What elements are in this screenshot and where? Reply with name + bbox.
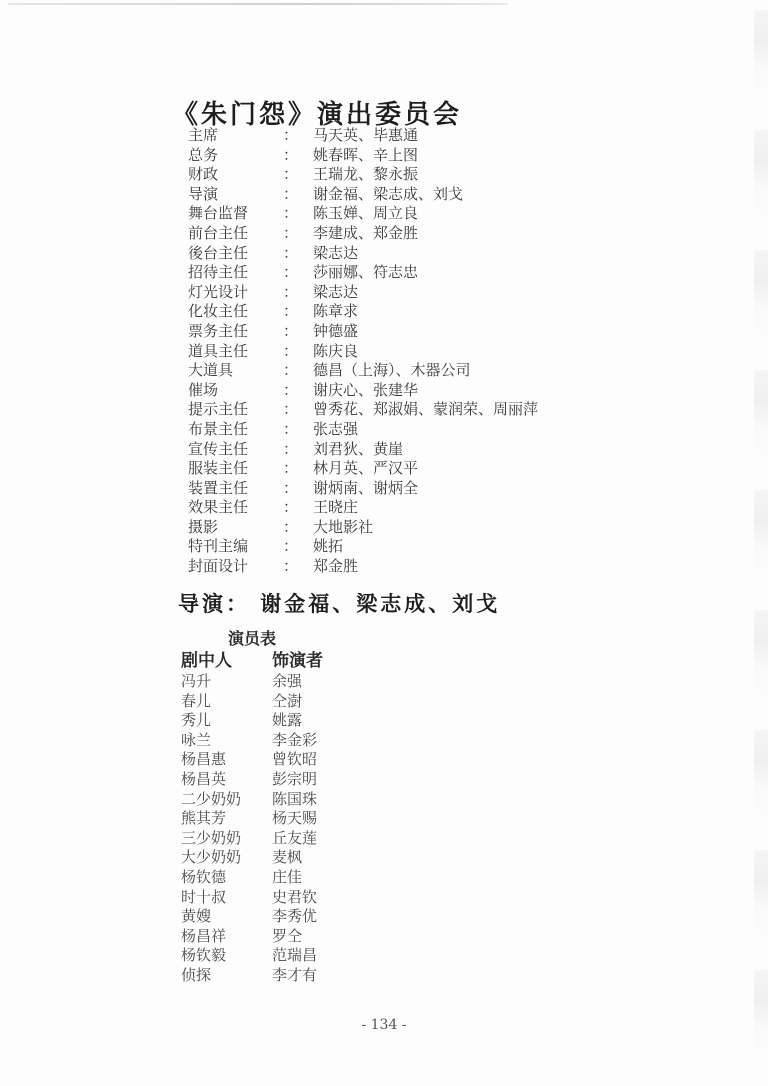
role-names: 王瑞龙、黎永振: [313, 165, 538, 185]
committee-role-row: 布景主任：张志强: [188, 420, 538, 440]
role-label: 後台主任: [188, 244, 283, 264]
page-number: - 134 -: [0, 1017, 768, 1033]
committee-role-row: 舞台监督：陈玉婵、周立良: [188, 204, 538, 224]
committee-role-row: 装置主任：谢炳南、谢炳全: [188, 479, 538, 499]
cast-actor: 李才有: [272, 966, 392, 986]
cast-character: 三少奶奶: [181, 829, 272, 849]
role-colon: ：: [283, 126, 313, 146]
role-names: 姚拓: [313, 537, 538, 557]
role-colon: ：: [283, 302, 313, 322]
role-colon: ：: [283, 400, 313, 420]
directors-line: 导演： 谢金福、梁志成、刘戈: [178, 588, 500, 618]
committee-role-row: 招待主任：莎丽娜、符志忠: [188, 263, 538, 283]
scan-edge-line: [8, 3, 508, 5]
role-names: 曾秀花、郑淑娟、蒙润荣、周丽萍: [313, 400, 538, 420]
cast-character: 春儿: [181, 692, 272, 712]
role-names: 李建成、郑金胜: [313, 224, 538, 244]
role-colon: ：: [283, 479, 313, 499]
cast-header-role: 剧中人: [181, 650, 272, 672]
cast-character: 黄嫂: [181, 907, 272, 927]
cast-actor: 麦枫: [272, 848, 392, 868]
cast-row: 杨昌祥罗仝: [181, 927, 392, 947]
role-colon: ：: [283, 224, 313, 244]
role-label: 主席: [188, 126, 283, 146]
committee-roles-list: 主席：马天英、毕惠通总务：姚春晖、辛上图财政：王瑞龙、黎永振导演：谢金福、梁志成…: [188, 126, 538, 577]
role-names: 谢金福、梁志成、刘戈: [313, 185, 538, 205]
role-names: 王晓庄: [313, 498, 538, 518]
cast-row: 时十叔史君钦: [181, 888, 392, 908]
cast-row: 杨昌英彭宗明: [181, 770, 392, 790]
role-label: 化妆主任: [188, 302, 283, 322]
committee-role-row: 主席：马天英、毕惠通: [188, 126, 538, 146]
role-colon: ：: [283, 498, 313, 518]
cast-row: 杨昌惠曾钦昭: [181, 750, 392, 770]
committee-role-row: 催场：谢庆心、张建华: [188, 381, 538, 401]
scan-bleedthrough-edge: [754, 10, 768, 1070]
committee-role-row: 提示主任：曾秀花、郑淑娟、蒙润荣、周丽萍: [188, 400, 538, 420]
role-names: 钟德盛: [313, 322, 538, 342]
role-label: 提示主任: [188, 400, 283, 420]
role-label: 舞台监督: [188, 204, 283, 224]
cast-actor: 李金彩: [272, 731, 392, 751]
role-colon: ：: [283, 459, 313, 479]
role-colon: ：: [283, 342, 313, 362]
committee-role-row: 总务：姚春晖、辛上图: [188, 146, 538, 166]
role-label: 道具主任: [188, 342, 283, 362]
cast-header-row: 剧中人 饰演者: [181, 650, 392, 672]
cast-header-actor: 饰演者: [272, 650, 392, 672]
role-colon: ：: [283, 557, 313, 577]
committee-role-row: 导演：谢金福、梁志成、刘戈: [188, 185, 538, 205]
cast-actor: 史君钦: [272, 888, 392, 908]
cast-actor: 姚露: [272, 711, 392, 731]
committee-role-row: 後台主任：梁志达: [188, 244, 538, 264]
role-label: 封面设计: [188, 557, 283, 577]
cast-actor: 余强: [272, 672, 392, 692]
role-label: 财政: [188, 165, 283, 185]
cast-row: 杨钦毅范瑞昌: [181, 946, 392, 966]
cast-character: 杨昌英: [181, 770, 272, 790]
role-colon: ：: [283, 165, 313, 185]
role-label: 布景主任: [188, 420, 283, 440]
committee-role-row: 道具主任：陈庆良: [188, 342, 538, 362]
role-names: 林月英、严汉平: [313, 459, 538, 479]
cast-character: 杨钦毅: [181, 946, 272, 966]
cast-character: 熊其芳: [181, 809, 272, 829]
role-colon: ：: [283, 185, 313, 205]
role-label: 票务主任: [188, 322, 283, 342]
role-names: 梁志达: [313, 283, 538, 303]
role-colon: ：: [283, 322, 313, 342]
cast-row: 春儿仝澍: [181, 692, 392, 712]
role-label: 总务: [188, 146, 283, 166]
committee-role-row: 特刊主编：姚拓: [188, 537, 538, 557]
role-label: 效果主任: [188, 498, 283, 518]
cast-row: 二少奶奶陈国珠: [181, 790, 392, 810]
role-label: 催场: [188, 381, 283, 401]
cast-row: 侦探李才有: [181, 966, 392, 986]
role-label: 招待主任: [188, 263, 283, 283]
role-names: 郑金胜: [313, 557, 538, 577]
role-colon: ：: [283, 283, 313, 303]
role-colon: ：: [283, 381, 313, 401]
role-label: 摄影: [188, 518, 283, 538]
role-colon: ：: [283, 244, 313, 264]
role-label: 装置主任: [188, 479, 283, 499]
cast-row: 黄嫂李秀优: [181, 907, 392, 927]
cast-table: 剧中人 饰演者 冯升余强春儿仝澍秀儿姚露咏兰李金彩杨昌惠曾钦昭杨昌英彭宗明二少奶…: [181, 650, 392, 986]
role-colon: ：: [283, 537, 313, 557]
cast-row: 冯升余强: [181, 672, 392, 692]
role-label: 灯光设计: [188, 283, 283, 303]
committee-role-row: 摄影：大地影社: [188, 518, 538, 538]
role-colon: ：: [283, 263, 313, 283]
role-names: 姚春晖、辛上图: [313, 146, 538, 166]
cast-title: 演员表: [228, 626, 276, 649]
role-label: 前台主任: [188, 224, 283, 244]
role-colon: ：: [283, 440, 313, 460]
cast-character: 咏兰: [181, 731, 272, 751]
cast-actor: 杨天赐: [272, 809, 392, 829]
role-label: 导演: [188, 185, 283, 205]
cast-actor: 庄佳: [272, 868, 392, 888]
role-colon: ：: [283, 518, 313, 538]
cast-row: 大少奶奶麦枫: [181, 848, 392, 868]
committee-role-row: 大道具：德昌（上海）、木器公司: [188, 361, 538, 381]
cast-rows: 冯升余强春儿仝澍秀儿姚露咏兰李金彩杨昌惠曾钦昭杨昌英彭宗明二少奶奶陈国珠熊其芳杨…: [181, 672, 392, 986]
role-names: 张志强: [313, 420, 538, 440]
role-names: 梁志达: [313, 244, 538, 264]
role-label: 大道具: [188, 361, 283, 381]
committee-role-row: 票务主任：钟德盛: [188, 322, 538, 342]
role-names: 德昌（上海）、木器公司: [313, 361, 538, 381]
committee-role-row: 服装主任：林月英、严汉平: [188, 459, 538, 479]
cast-actor: 丘友莲: [272, 829, 392, 849]
committee-role-row: 财政：王瑞龙、黎永振: [188, 165, 538, 185]
cast-character: 冯升: [181, 672, 272, 692]
role-names: 陈玉婵、周立良: [313, 204, 538, 224]
cast-actor: 范瑞昌: [272, 946, 392, 966]
role-colon: ：: [283, 146, 313, 166]
cast-row: 杨钦德庄佳: [181, 868, 392, 888]
role-colon: ：: [283, 361, 313, 381]
cast-row: 秀儿姚露: [181, 711, 392, 731]
cast-character: 杨昌祥: [181, 927, 272, 947]
role-names: 谢庆心、张建华: [313, 381, 538, 401]
committee-role-row: 宣传主任：刘君狄、黄崖: [188, 440, 538, 460]
cast-actor: 陈国珠: [272, 790, 392, 810]
role-names: 陈庆良: [313, 342, 538, 362]
committee-role-row: 封面设计：郑金胜: [188, 557, 538, 577]
cast-row: 咏兰李金彩: [181, 731, 392, 751]
role-label: 服装主任: [188, 459, 283, 479]
role-names: 莎丽娜、符志忠: [313, 263, 538, 283]
cast-character: 秀儿: [181, 711, 272, 731]
cast-actor: 李秀优: [272, 907, 392, 927]
committee-role-row: 灯光设计：梁志达: [188, 283, 538, 303]
cast-character: 时十叔: [181, 888, 272, 908]
cast-row: 熊其芳杨天赐: [181, 809, 392, 829]
committee-role-row: 前台主任：李建成、郑金胜: [188, 224, 538, 244]
role-names: 马天英、毕惠通: [313, 126, 538, 146]
role-names: 刘君狄、黄崖: [313, 440, 538, 460]
cast-row: 三少奶奶丘友莲: [181, 829, 392, 849]
cast-character: 大少奶奶: [181, 848, 272, 868]
cast-character: 杨钦德: [181, 868, 272, 888]
committee-role-row: 效果主任：王晓庄: [188, 498, 538, 518]
role-colon: ：: [283, 420, 313, 440]
role-label: 特刊主编: [188, 537, 283, 557]
cast-actor: 曾钦昭: [272, 750, 392, 770]
role-names: 陈章求: [313, 302, 538, 322]
role-colon: ：: [283, 204, 313, 224]
cast-actor: 仝澍: [272, 692, 392, 712]
cast-character: 杨昌惠: [181, 750, 272, 770]
cast-actor: 彭宗明: [272, 770, 392, 790]
cast-actor: 罗仝: [272, 927, 392, 947]
cast-character: 侦探: [181, 966, 272, 986]
role-names: 大地影社: [313, 518, 538, 538]
cast-character: 二少奶奶: [181, 790, 272, 810]
committee-role-row: 化妆主任：陈章求: [188, 302, 538, 322]
role-names: 谢炳南、谢炳全: [313, 479, 538, 499]
role-label: 宣传主任: [188, 440, 283, 460]
